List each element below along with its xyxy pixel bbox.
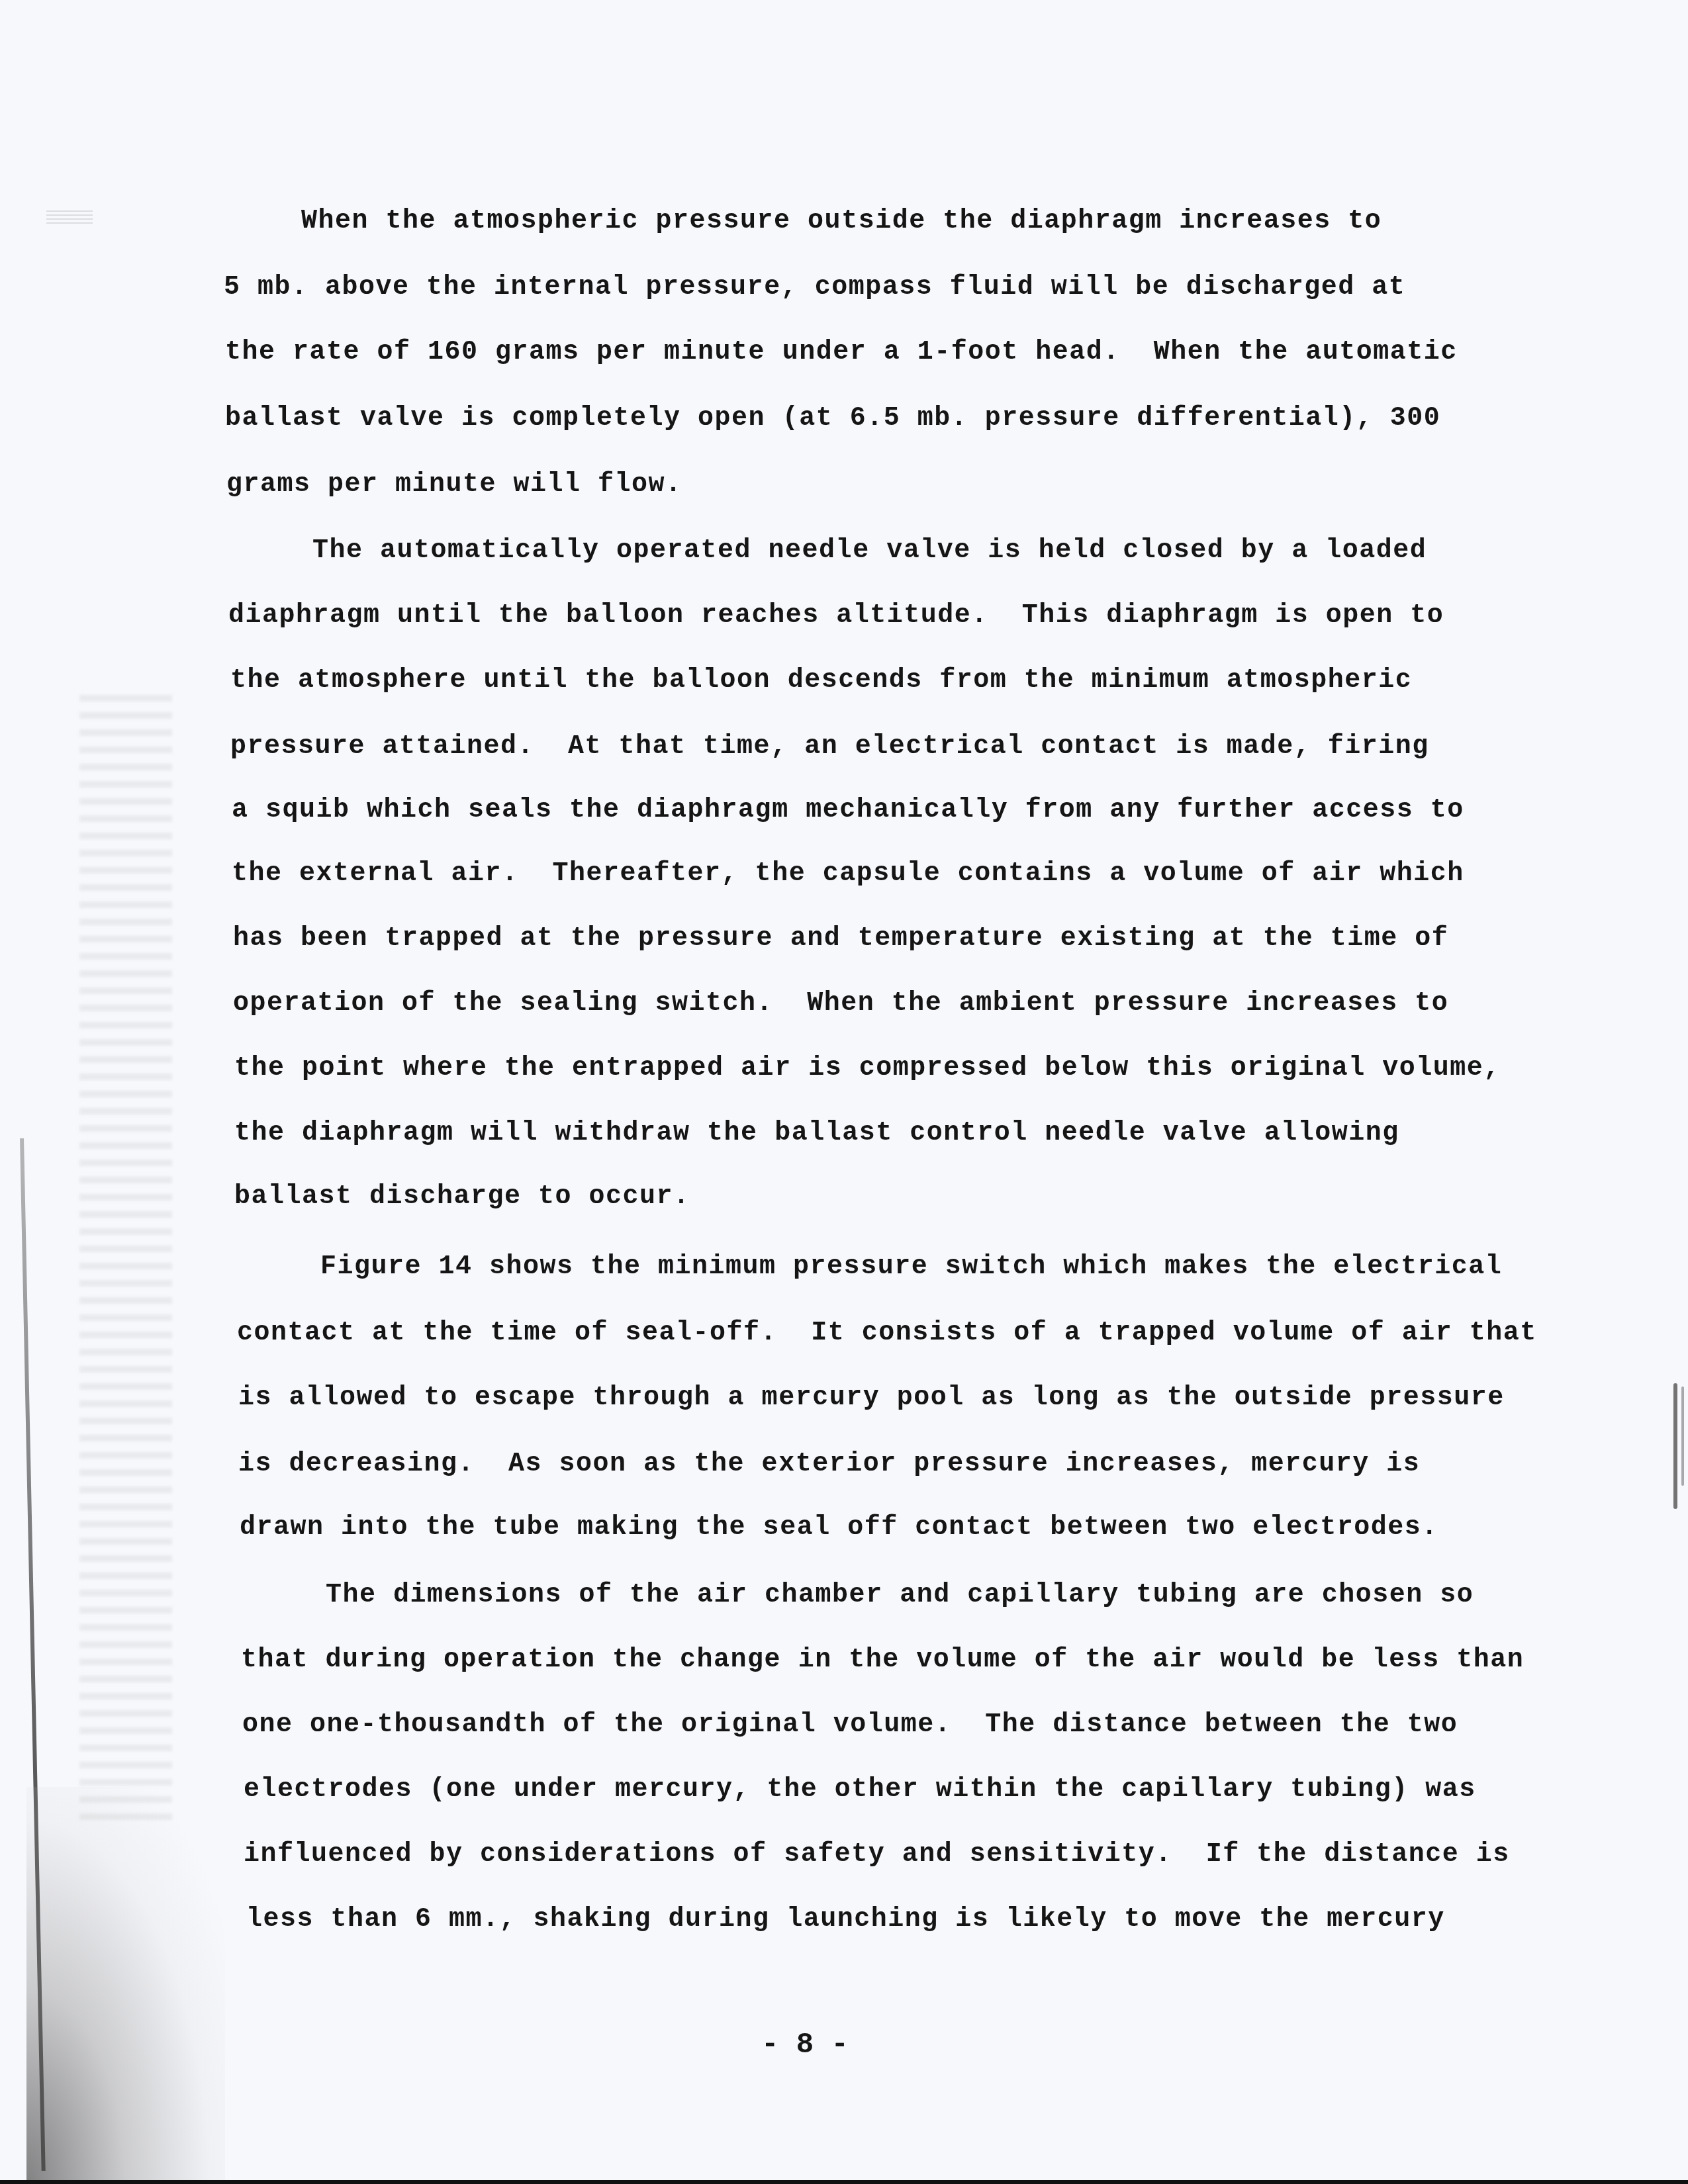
page-number: - 8 -	[761, 2028, 849, 2062]
text-line: has been trapped at the pressure and tem…	[233, 923, 1448, 956]
text-line: contact at the time of seal-off. It cons…	[237, 1317, 1537, 1350]
text-line: When the atmospheric pressure outside th…	[301, 205, 1382, 238]
text-line: drawn into the tube making the seal off …	[240, 1512, 1438, 1545]
scan-artifact-right-mark-2	[1681, 1387, 1684, 1486]
scan-artifact-top-mark	[46, 210, 93, 225]
text-line: operation of the sealing switch. When th…	[233, 987, 1448, 1021]
text-line: influenced by considerations of safety a…	[244, 1839, 1510, 1872]
scan-artifact-right-mark	[1673, 1383, 1677, 1509]
text-line: Figure 14 shows the minimum pressure swi…	[320, 1251, 1502, 1284]
text-line: the point where the entrapped air is com…	[234, 1052, 1501, 1085]
scan-artifact-corner-shadow	[26, 1787, 225, 2184]
text-line: ballast valve is completely open (at 6.5…	[225, 402, 1440, 435]
text-line: the rate of 160 grams per minute under a…	[225, 336, 1458, 369]
text-line: pressure attained. At that time, an elec…	[230, 731, 1429, 764]
text-line: The dimensions of the air chamber and ca…	[326, 1579, 1474, 1612]
scan-artifact-bottom-edge	[0, 2180, 1688, 2184]
text-line: a squib which seals the diaphragm mechan…	[232, 794, 1464, 827]
text-line: the external air. Thereafter, the capsul…	[232, 858, 1464, 891]
text-line: is allowed to escape through a mercury p…	[238, 1382, 1505, 1415]
text-line: 5 mb. above the internal pressure, compa…	[224, 271, 1405, 304]
scan-artifact-bleed-through	[79, 695, 172, 1820]
text-line: that during operation the change in the …	[241, 1644, 1524, 1677]
text-line: less than 6 mm., shaking during launchin…	[246, 1903, 1445, 1936]
text-line: the atmosphere until the balloon descend…	[230, 664, 1412, 698]
text-line: The automatically operated needle valve …	[312, 535, 1427, 568]
text-line: the diaphragm will withdraw the ballast …	[234, 1117, 1399, 1150]
text-line: is decreasing. As soon as the exterior p…	[238, 1448, 1420, 1481]
document-page: When the atmospheric pressure outside th…	[0, 0, 1688, 2184]
text-line: electrodes (one under mercury, the other…	[244, 1774, 1476, 1807]
text-line: one one-thousandth of the original volum…	[242, 1709, 1458, 1742]
text-line: grams per minute will flow.	[226, 469, 682, 502]
text-line: ballast discharge to occur.	[234, 1181, 690, 1214]
text-line: diaphragm until the balloon reaches alti…	[228, 600, 1444, 633]
